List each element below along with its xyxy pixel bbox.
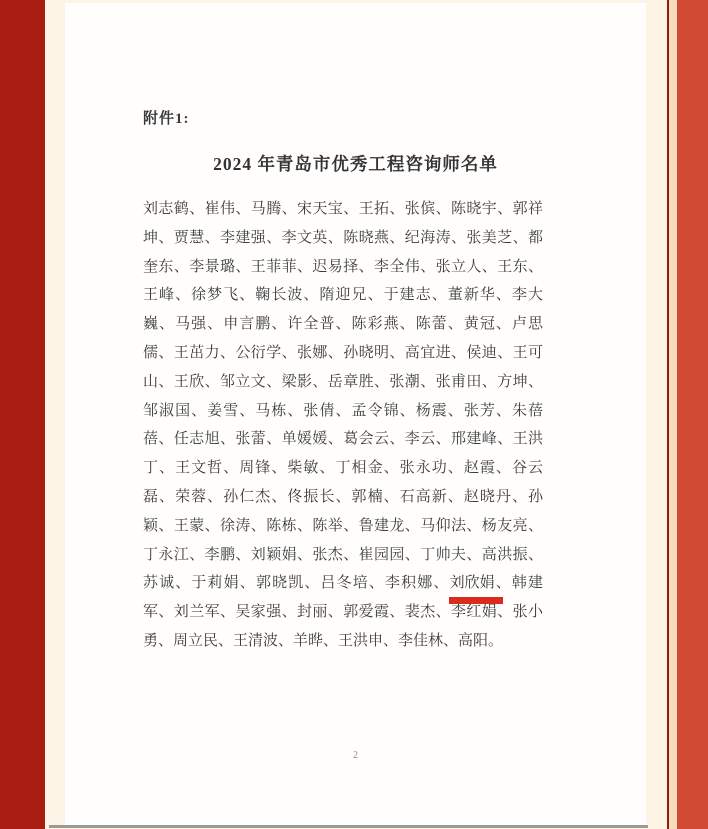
right-red-border: [677, 0, 708, 829]
name-list-line: 巍、马强、申言鹏、许全普、陈彩燕、陈蕾、黄冠、卢思: [143, 310, 543, 339]
name-list-line-highlighted: 苏诚、于莉娟、郭晓凯、吕冬培、李积娜、刘欣娟、韩建: [143, 569, 543, 598]
left-red-border: [0, 0, 45, 829]
page-bottom-shadow: [49, 825, 648, 828]
name-list-line: 丁永江、李鹏、刘颖娟、张杰、崔园园、丁帅夫、高洪振、: [143, 541, 543, 570]
page-number: 2: [65, 750, 646, 761]
name-list-line: 邹淑国、姜雪、马栋、张倩、孟令锦、杨震、张芳、朱蓓: [143, 397, 543, 426]
right-peach-strip: [669, 0, 677, 829]
name-list-line: 儒、王茁力、公衍学、张娜、孙晓明、高宜进、侯迪、王可: [143, 339, 543, 368]
name-list-line: 颖、王蒙、徐涛、陈栋、陈举、鲁建龙、马仰法、杨友亮、: [143, 512, 543, 541]
name-list-line: 王峰、徐梦飞、鞠长波、隋迎兄、于建志、董新华、李大: [143, 281, 543, 310]
name-list: 刘志鹤、崔伟、马腾、宋天宝、王拓、张傧、陈晓宇、郭祥 坤、贾慧、李建强、李文英、…: [143, 195, 543, 656]
name-list-line: 磊、荣蓉、孙仁杰、佟振长、郭楠、石高新、赵晓丹、孙: [143, 483, 543, 512]
name-list-line: 刘志鹤、崔伟、马腾、宋天宝、王拓、张傧、陈晓宇、郭祥: [143, 195, 543, 224]
name-segment-post: 、韩建: [495, 575, 543, 591]
document-title: 2024 年青岛市优秀工程咨询师名单: [65, 151, 646, 176]
name-list-line: 坤、贾慧、李建强、李文英、陈晓燕、纪海涛、张美芝、都: [143, 224, 543, 253]
name-list-line: 奎东、李景璐、王菲菲、迟易择、李全伟、张立人、王东、: [143, 253, 543, 282]
name-list-line: 山、王欣、邹立文、梁影、岳章胜、张潮、张甫田、方坤、: [143, 368, 543, 397]
name-list-line: 丁、王文哲、周锋、柴敏、丁相金、张永功、赵霞、谷云: [143, 454, 543, 483]
screenshot-canvas: 附件1: 2024 年青岛市优秀工程咨询师名单 刘志鹤、崔伟、马腾、宋天宝、王拓…: [0, 0, 708, 829]
attachment-label: 附件1:: [143, 107, 646, 128]
name-list-line: 勇、周立民、王清波、羊晔、王洪申、李佳林、高阳。: [143, 627, 543, 656]
name-segment-pre: 苏诚、于莉娟、郭晓凯、吕冬培、李积娜、: [143, 575, 450, 591]
document-page: 附件1: 2024 年青岛市优秀工程咨询师名单 刘志鹤、崔伟、马腾、宋天宝、王拓…: [65, 3, 646, 825]
name-list-line: 蓓、任志旭、张蕾、单媛媛、葛会云、李云、邢建峰、王洪: [143, 425, 543, 454]
highlighted-name-underlined: 刘欣娟: [450, 569, 495, 598]
